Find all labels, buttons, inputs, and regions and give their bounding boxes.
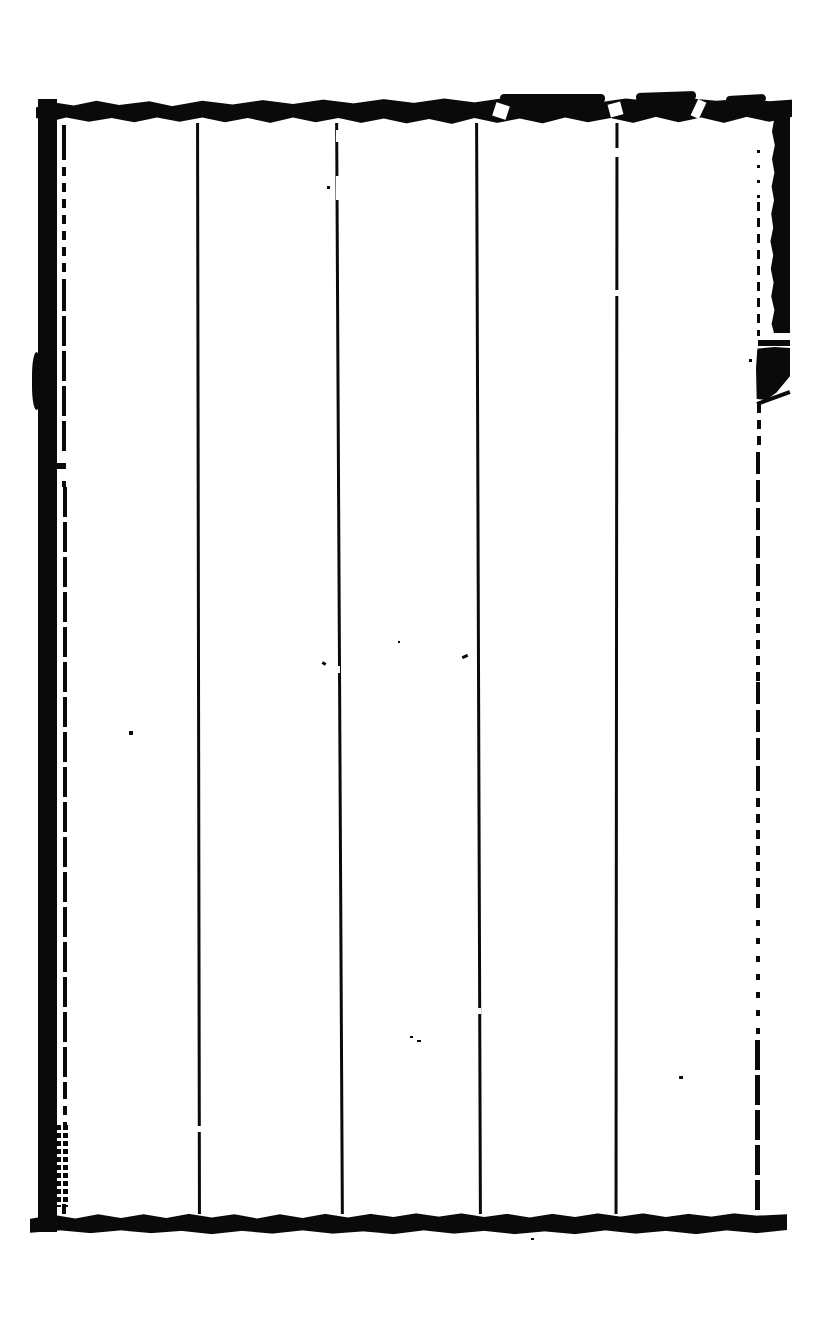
frame-border-bottom [30, 1212, 787, 1235]
rule-break [614, 148, 619, 157]
column-rule-3 [475, 123, 482, 1214]
frame-border-left [38, 99, 57, 1232]
inner-left-rule [63, 1090, 67, 1125]
fold-tab-cap [758, 340, 790, 346]
frame-border-left-bulge [32, 352, 41, 410]
right-rule [757, 404, 761, 452]
scanned-page [0, 0, 825, 1338]
right-rule [756, 682, 760, 782]
scan-scuff [61, 1125, 63, 1207]
inner-left-rule [63, 487, 67, 1090]
ink-speck [410, 1036, 413, 1038]
right-rule [757, 150, 760, 202]
inner-left-rule [62, 125, 66, 151]
ink-speck [398, 641, 400, 643]
ink-speck [462, 654, 469, 659]
frame-border-top [36, 98, 792, 125]
right-rule [756, 902, 760, 1040]
inner-left-rule [62, 151, 66, 281]
right-rule [756, 452, 760, 592]
ink-speck [417, 1040, 421, 1042]
rule-break [614, 290, 619, 296]
right-rule [755, 1040, 760, 1212]
rule-break [476, 1008, 481, 1014]
right-rule [757, 202, 760, 336]
ink-bump [500, 94, 605, 103]
ink-speck [322, 661, 327, 666]
ink-speck [531, 1238, 534, 1240]
inner-left-rule [62, 281, 66, 445]
ink-speck [749, 359, 752, 362]
rule-break [196, 1126, 201, 1132]
inner-left-rule [62, 1204, 66, 1214]
frame-border-right [770, 104, 790, 333]
rule-break [335, 666, 340, 673]
ink-speck [327, 186, 330, 189]
inner-left-rule [62, 445, 66, 487]
column-rule-4 [615, 123, 619, 1214]
right-rule [756, 782, 760, 902]
rule-break [336, 130, 341, 142]
column-rule-1 [196, 123, 201, 1214]
ink-speck [679, 1076, 683, 1079]
rule-break [336, 176, 341, 200]
ink-speck [129, 731, 133, 735]
right-rule [756, 592, 760, 682]
